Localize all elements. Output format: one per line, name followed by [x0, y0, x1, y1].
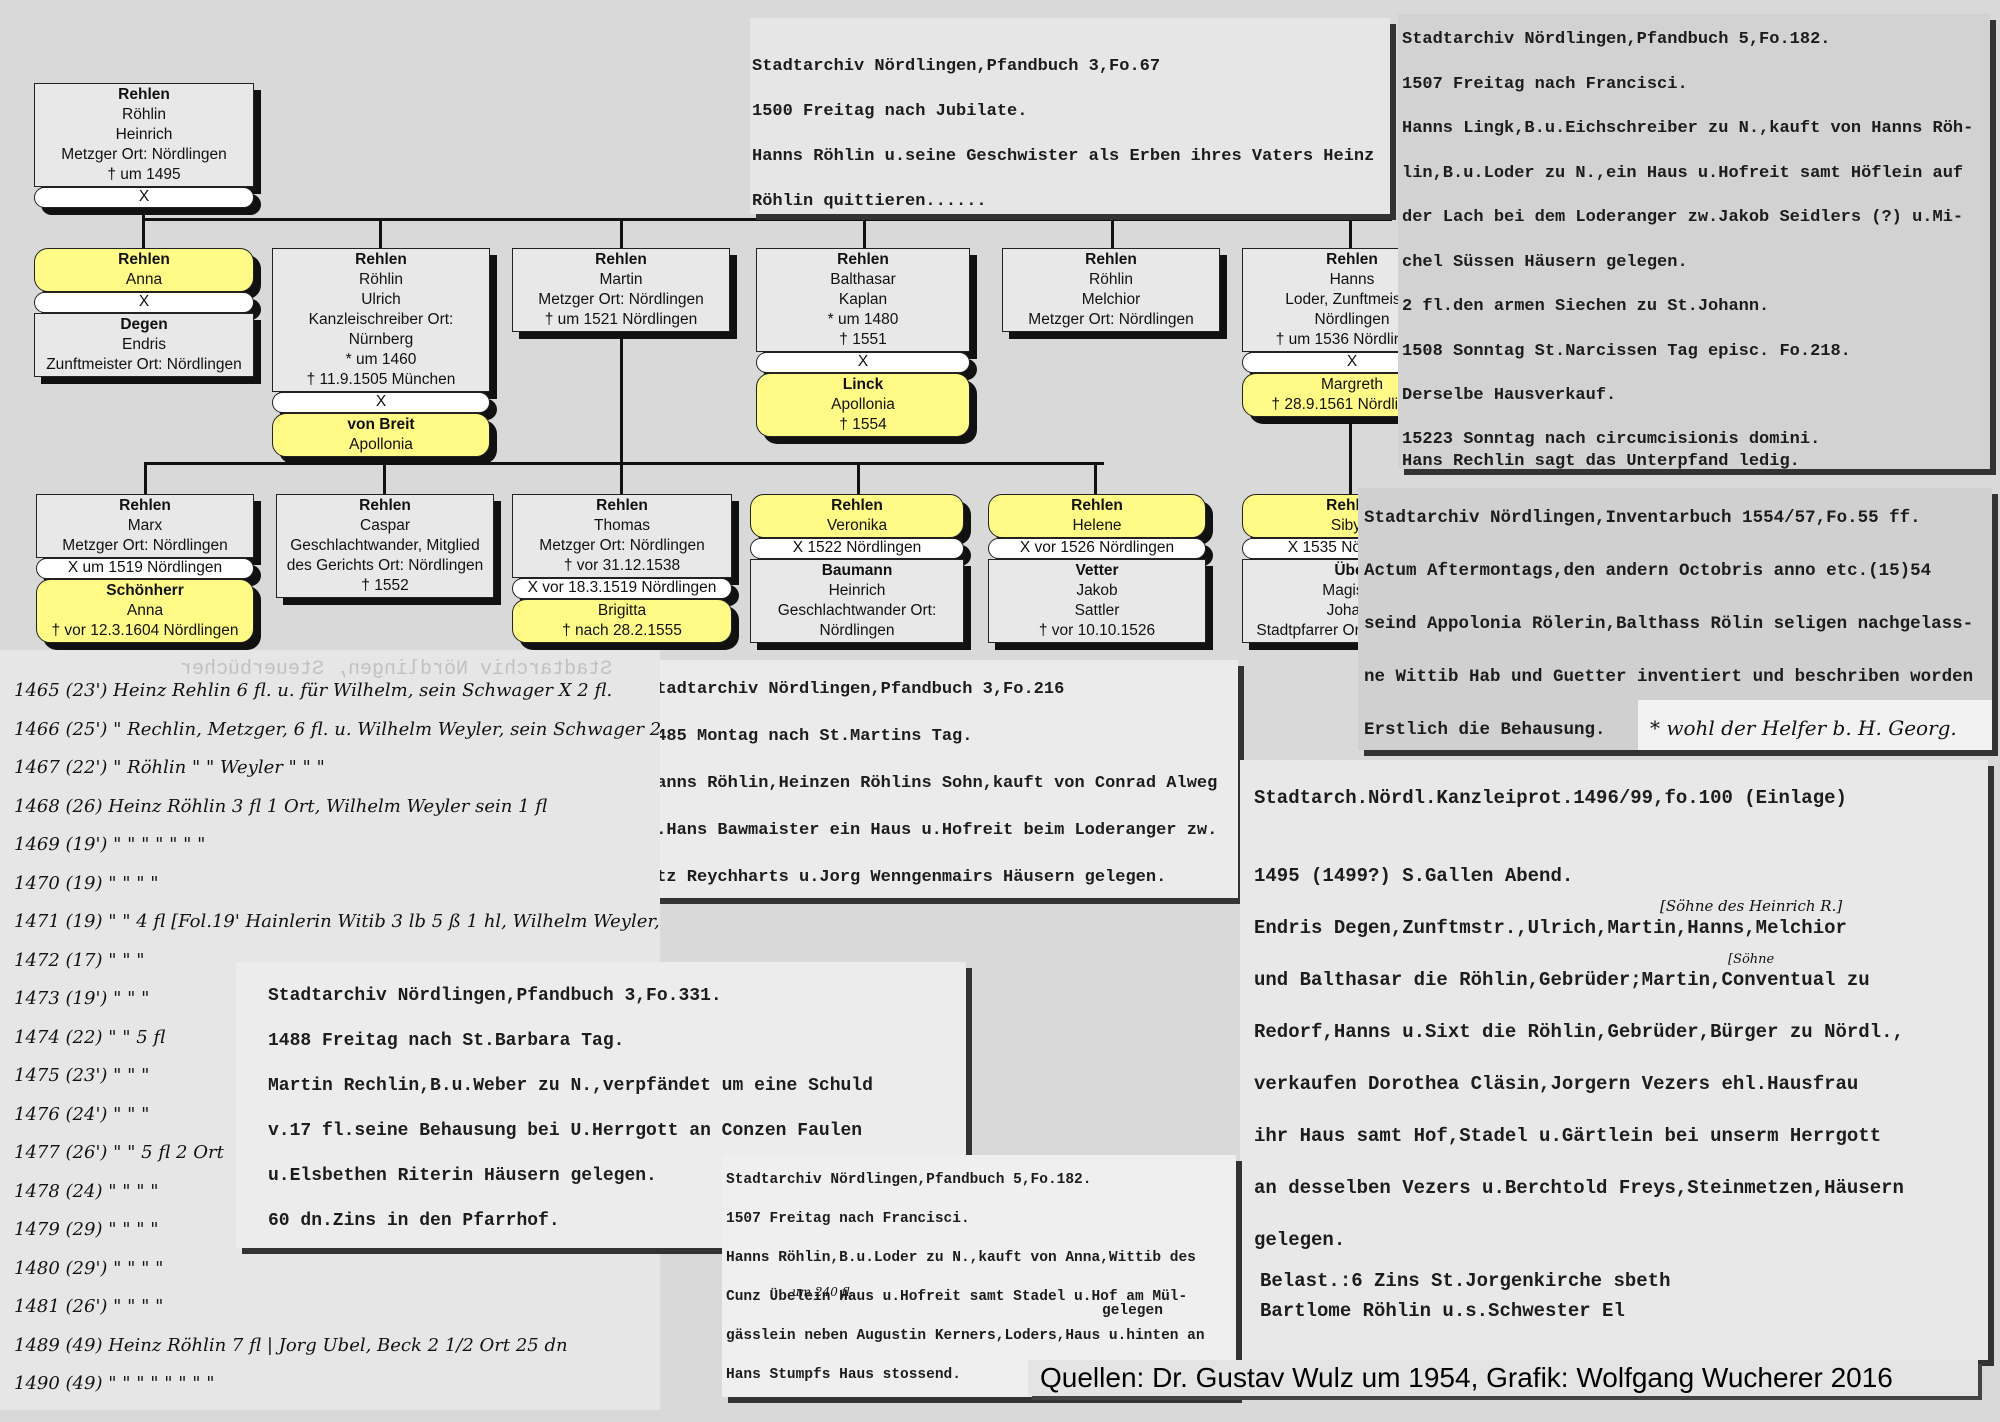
- tree-line-children-bar: [142, 218, 1392, 221]
- doc-line: u.Hans Bawmaister ein Haus u.Hofreit bei…: [646, 807, 1238, 854]
- doc-line: Redorf,Hanns u.Sixt die Röhlin,Gebrüder,…: [1254, 1006, 1988, 1058]
- tax-record-row: 1465 (23') Heinz Rehlin 6 fl. u. für Wil…: [14, 680, 612, 701]
- person-line: † 1551: [759, 330, 967, 350]
- person-line: Metzger Ort: Nördlingen: [39, 536, 251, 556]
- person-line: Anna: [39, 601, 251, 621]
- tax-record-row: 1479 (29) " " " ": [14, 1219, 158, 1240]
- person-card: BaumannHeinrichGeschlachtwander Ort:Nörd…: [750, 559, 964, 643]
- tree-line-hanns-down: [1349, 412, 1352, 494]
- doc-line: 1508 Sonntag St.Narcissen Tag episc. Fo.…: [1402, 330, 1990, 375]
- handwritten-annotation: [Söhne des Heinrich R.]: [1660, 880, 1842, 932]
- person-line: Thomas: [515, 516, 729, 536]
- doc-line: Hanns Röhlin,Heinzen Röhlins Sohn,kauft …: [646, 760, 1238, 807]
- tax-record-row: 1478 (24) " " " ": [14, 1181, 158, 1202]
- doc-line: Endris Degen,Zunftmstr.,Ulrich,Martin,Ha…: [1254, 902, 1988, 954]
- person-martin[interactable]: RehlenMartinMetzger Ort: Nördlingen† um …: [512, 248, 730, 332]
- surname: Rehlen: [275, 250, 487, 270]
- person-helene[interactable]: RehlenHeleneX vor 1526 NördlingenVetterJ…: [988, 494, 1206, 643]
- tax-record-row: 1489 (49) Heinz Röhlin 7 fl | Jorg Ubel,…: [14, 1335, 568, 1356]
- person-line: † vor 31.12.1538: [515, 556, 729, 576]
- doc-kanzleiprot: Stadtarch.Nördl.Kanzleiprot.1496/99,fo.1…: [1240, 760, 1988, 1360]
- person-balthasar[interactable]: RehlenBalthasarKaplan* um 1480† 1551XLin…: [756, 248, 970, 437]
- surname: Rehlen: [1005, 250, 1217, 270]
- doc-line: Stadtarchiv Nördlingen,Pfandbuch 5,Fo.18…: [726, 1161, 1236, 1200]
- person-line: Nürnberg: [275, 330, 487, 350]
- person-card: RehlenMarxMetzger Ort: Nördlingen: [36, 494, 254, 558]
- tree-line-to-marx: [144, 462, 147, 494]
- person-line: † 11.9.1505 München: [275, 370, 487, 390]
- person-marx[interactable]: RehlenMarxMetzger Ort: NördlingenX um 15…: [36, 494, 254, 643]
- doc-pfandbuch3-fo216: Stadtarchiv Nördlingen,Pfandbuch 3,Fo.21…: [642, 660, 1238, 898]
- doc-pfandbuch3-fo67: Stadtarchiv Nördlingen,Pfandbuch 3,Fo.67…: [750, 18, 1390, 214]
- marriage-badge: X um 1519 Nördlingen: [36, 558, 254, 579]
- doc-line: Stadtarch.Nördl.Kanzleiprot.1496/99,fo.1…: [1254, 772, 1988, 824]
- marriage-label: X: [759, 353, 967, 371]
- doc-line: Hanns Lingk,B.u.Eichschreiber zu N.,kauf…: [1402, 107, 1990, 152]
- person-line: Anna: [37, 270, 251, 290]
- person-line: † 1552: [279, 576, 491, 596]
- person-line: Nördlingen: [753, 621, 961, 641]
- marriage-badge: X vor 18.3.1519 Nördlingen: [512, 578, 732, 599]
- person-line: Brigitta: [515, 601, 729, 621]
- doc-line: verkaufen Dorothea Cläsin,Jorgern Vezers…: [1254, 1058, 1988, 1110]
- surname: Degen: [37, 315, 251, 335]
- person-line: Jakob: [991, 581, 1203, 601]
- person-card: RehlenMartinMetzger Ort: Nördlingen† um …: [512, 248, 730, 332]
- doc-line: lin,B.u.Loder zu N.,ein Haus u.Hofreit s…: [1402, 152, 1990, 197]
- surname: Schönherr: [39, 581, 251, 601]
- tax-record-row: 1475 (23') " " ": [14, 1065, 149, 1086]
- person-line: Marx: [39, 516, 251, 536]
- doc-line: gelegen.: [1254, 1214, 1988, 1266]
- person-card: RehlenRöhlinUlrichKanzleischreiber Ort:N…: [272, 248, 490, 392]
- person-ulrich[interactable]: RehlenRöhlinUlrichKanzleischreiber Ort:N…: [272, 248, 490, 457]
- tree-line-to-martin: [620, 218, 623, 248]
- doc-line: 1488 Freitag nach St.Barbara Tag.: [268, 1019, 966, 1064]
- person-line: Heinrich: [753, 581, 961, 601]
- person-card: SchönherrAnna† vor 12.3.1604 Nördlingen: [36, 579, 254, 643]
- surname: Rehlen: [515, 250, 727, 270]
- person-line: Ulrich: [275, 290, 487, 310]
- person-line: † nach 28.2.1555: [515, 621, 729, 641]
- credits-caption: Quellen: Dr. Gustav Wulz um 1954, Grafik…: [1028, 1360, 1978, 1396]
- tree-line-to-ulrich: [379, 218, 382, 248]
- doc-line: Stadtarchiv Nördlingen,Pfandbuch 3,Fo.33…: [268, 974, 966, 1019]
- doc-line: an desselben Vezers u.Berchtold Freys,St…: [1254, 1162, 1988, 1214]
- tax-record-row: 1472 (17) " " ": [14, 950, 144, 971]
- person-line: Martin: [515, 270, 727, 290]
- marriage-label: X vor 18.3.1519 Nördlingen: [515, 579, 729, 597]
- doc-line: Hans Rechlin sagt das Unterpfand ledig.: [1402, 451, 1990, 470]
- doc-line: seind Appolonia Rölerin,Balthass Rölin s…: [1364, 598, 1992, 651]
- surname: Baumann: [753, 561, 961, 581]
- person-caspar[interactable]: RehlenCasparGeschlachtwander, Mitgliedde…: [276, 494, 494, 598]
- person-card: Rehlen Röhlin Heinrich Metzger Ort: Nörd…: [34, 83, 254, 187]
- person-thomas[interactable]: RehlenThomasMetzger Ort: Nördlingen† vor…: [512, 494, 732, 643]
- person-line: Geschlachtwander Ort:: [753, 601, 961, 621]
- surname: Rehlen: [279, 496, 491, 516]
- doc-line: ne Wittib Hab und Guetter inventiert und…: [1364, 651, 1992, 704]
- tax-record-row: 1480 (29') " " " ": [14, 1258, 163, 1279]
- tree-line-to-caspar: [383, 462, 386, 494]
- doc-line: Martin Rechlin,B.u.Weber zu N.,verpfände…: [268, 1064, 966, 1109]
- person-line: Sattler: [991, 601, 1203, 621]
- surname: Rehlen: [991, 496, 1203, 516]
- tree-line-to-melchior: [1111, 218, 1114, 248]
- tree-line-to-anna: [142, 218, 145, 248]
- person-line: † vor 12.3.1604 Nördlingen: [39, 621, 251, 641]
- doc-line: Stadtarchiv Nördlingen,Pfandbuch 3,Fo.21…: [646, 666, 1238, 713]
- person-line: † um 1495: [37, 165, 251, 185]
- tax-record-row: 1467 (22') " Röhlin " " Weyler " " ": [14, 757, 325, 778]
- person-line: Caspar: [279, 516, 491, 536]
- doc-line: Stadtarchiv Nördlingen,Pfandbuch 3,Fo.67: [752, 44, 1390, 89]
- doc-line: und Balthasar die Röhlin,Gebrüder;Martin…: [1254, 954, 1988, 1006]
- doc-line: Belast.:6 Zins St.Jorgenkirche sbeth: [1254, 1266, 1988, 1296]
- person-line: Kaplan: [759, 290, 967, 310]
- doc-inventarbuch: Stadtarchiv Nördlingen,Inventarbuch 1554…: [1358, 488, 1992, 750]
- doc-line: Hanns Röhlin u.seine Geschwister als Erb…: [752, 134, 1390, 179]
- person-heinrich-rohlin[interactable]: Rehlen Röhlin Heinrich Metzger Ort: Nörd…: [34, 83, 254, 208]
- person-veronika[interactable]: RehlenVeronikaX 1522 NördlingenBaumannHe…: [750, 494, 964, 643]
- person-line: † um 1521 Nördlingen: [515, 310, 727, 330]
- doc-line: gässlein neben Augustin Kerners,Loders,H…: [726, 1317, 1236, 1356]
- marriage-label: X vor 1526 Nördlingen: [991, 539, 1203, 557]
- person-line: † vor 10.10.1526: [991, 621, 1203, 641]
- doc-line: 15223 Sonntag nach circumcisionis domini…: [1402, 429, 1990, 451]
- doc-line: [1254, 824, 1988, 850]
- marriage-badge: X: [34, 292, 254, 313]
- tree-line-to-helene: [1094, 462, 1097, 494]
- marriage-label: X um 1519 Nördlingen: [39, 559, 251, 577]
- person-line: Röhlin: [1005, 270, 1217, 290]
- tree-line-to-veronika: [857, 462, 860, 494]
- doc-interline: gelegen: [1102, 1303, 1163, 1319]
- doc-line: Bartlome Röhlin u.s.Schwester El: [1254, 1296, 1988, 1326]
- doc-line: 1500 Freitag nach Jubilate.: [752, 89, 1390, 134]
- surname: Rehlen: [759, 250, 967, 270]
- doc-line: Derselbe Hausverkauf.: [1402, 374, 1990, 419]
- person-line: des Gerichts Ort: Nördlingen: [279, 556, 491, 576]
- doc-line: Stadtarchiv Nördlingen,Inventarbuch 1554…: [1364, 492, 1992, 545]
- marriage-badge: X: [272, 392, 490, 413]
- doc-line: der Lach bei dem Loderanger zw.Jakob Sei…: [1402, 196, 1990, 241]
- doc-line: ihr Haus samt Hof,Stadel u.Gärtlein bei …: [1254, 1110, 1988, 1162]
- marriage-badge: X vor 1526 Nördlingen: [988, 538, 1206, 559]
- marriage-badge: X 1522 Nördlingen: [750, 538, 964, 559]
- surname: Rehlen: [39, 496, 251, 516]
- person-line: Kanzleischreiber Ort:: [275, 310, 487, 330]
- person-line: Metzger Ort: Nördlingen: [1005, 310, 1217, 330]
- person-line: Helene: [991, 516, 1203, 536]
- tree-line-grandchildren-bar: [144, 462, 1104, 465]
- person-line: Heinrich: [37, 125, 251, 145]
- doc-line: Actum Aftermontags,den andern Octobris a…: [1364, 545, 1992, 598]
- doc-line: Utz Reychharts u.Jorg Wenngenmairs Häuse…: [646, 854, 1238, 898]
- person-anna[interactable]: RehlenAnnaXDegenEndrisZunftmeister Ort: …: [34, 248, 254, 377]
- tax-record-row: 1477 (26') " " 5 fl 2 Ort: [14, 1142, 224, 1163]
- person-line: Apollonia: [275, 435, 487, 455]
- person-card: RehlenAnna: [34, 248, 254, 292]
- handwritten-annotation: [Söhne: [1728, 934, 1774, 986]
- surname: Rehlen: [753, 496, 961, 516]
- person-line: Röhlin: [37, 105, 251, 125]
- person-card: von BreitApollonia: [272, 413, 490, 457]
- tree-line-martin-down: [620, 330, 623, 465]
- person-line: Metzger Ort: Nördlingen: [37, 145, 251, 165]
- person-line: Melchior: [1005, 290, 1217, 310]
- surname: Rehlen: [515, 496, 729, 516]
- surname: Rehlen: [37, 85, 251, 105]
- person-line: Veronika: [753, 516, 961, 536]
- doc-line: 1507 Freitag nach Francisci.: [726, 1200, 1236, 1239]
- tax-record-row: 1473 (19') " " ": [14, 988, 149, 1009]
- handwritten-annotation: um 240 fl.: [792, 1273, 853, 1312]
- doc-line: v.17 fl.seine Behausung bei U.Herrgott a…: [268, 1109, 966, 1154]
- marriage-badge: X: [34, 187, 254, 208]
- person-card: RehlenThomasMetzger Ort: Nördlingen† vor…: [512, 494, 732, 578]
- marriage-label: X 1522 Nördlingen: [753, 539, 961, 557]
- person-line: Balthasar: [759, 270, 967, 290]
- tax-record-row: 1474 (22) " " 5 fl: [14, 1027, 165, 1048]
- person-card: RehlenBalthasarKaplan* um 1480† 1551: [756, 248, 970, 352]
- tree-line-to-thomas: [620, 462, 623, 494]
- tax-record-row: 1468 (26) Heinz Röhlin 3 fl 1 Ort, Wilhe…: [14, 796, 547, 817]
- tax-record-row: 1471 (19) " " 4 fl [Fol.19' Hainlerin Wi…: [14, 911, 660, 932]
- person-card: VetterJakobSattler† vor 10.10.1526: [988, 559, 1206, 643]
- marriage-label: X: [37, 188, 251, 206]
- doc-line: Röhlin quittieren......: [752, 179, 1390, 214]
- tree-line-to-balthasar: [863, 218, 866, 248]
- doc-line: 1485 Montag nach St.Martins Tag.: [646, 713, 1238, 760]
- person-line: † 1554: [759, 415, 967, 435]
- doc-line: chel Süssen Häusern gelegen.: [1402, 241, 1990, 286]
- marriage-badge: X: [756, 352, 970, 373]
- marriage-label: X: [275, 393, 487, 411]
- person-card: RehlenCasparGeschlachtwander, Mitgliedde…: [276, 494, 494, 598]
- person-line: Geschlachtwander, Mitglied: [279, 536, 491, 556]
- tax-record-row: 1481 (26') " " " ": [14, 1296, 163, 1317]
- marriage-label: X: [37, 293, 251, 311]
- doc-line: Stadtarchiv Nördlingen,Pfandbuch 5,Fo.18…: [1402, 18, 1990, 63]
- person-card: RehlenHelene: [988, 494, 1206, 538]
- person-line: Zunftmeister Ort: Nördlingen: [37, 355, 251, 375]
- person-card: DegenEndrisZunftmeister Ort: Nördlingen: [34, 313, 254, 377]
- person-card: RehlenRöhlinMelchiorMetzger Ort: Nördlin…: [1002, 248, 1220, 332]
- person-line: Apollonia: [759, 395, 967, 415]
- tax-record-row: 1469 (19') " " " " " " ": [14, 834, 205, 855]
- doc-line: 1507 Freitag nach Francisci.: [1402, 63, 1990, 108]
- tree-line-to-hanns: [1349, 218, 1352, 248]
- surname: Vetter: [991, 561, 1203, 581]
- doc-header-faded: Stadtarchiv Nördlingen, Steuerbücher: [180, 658, 612, 681]
- person-card: Brigitta† nach 28.2.1555: [512, 599, 732, 643]
- surname: Rehlen: [37, 250, 251, 270]
- surname: von Breit: [275, 415, 487, 435]
- tax-record-row: 1476 (24') " " ": [14, 1104, 149, 1125]
- surname: Linck: [759, 375, 967, 395]
- person-melchior[interactable]: RehlenRöhlinMelchiorMetzger Ort: Nördlin…: [1002, 248, 1220, 332]
- doc-line: 2 fl.den armen Siechen zu St.Johann.: [1402, 285, 1990, 330]
- person-card: RehlenVeronika: [750, 494, 964, 538]
- person-line: * um 1480: [759, 310, 967, 330]
- tax-record-row: 1466 (25') " Rechlin, Metzger, 6 fl. u. …: [14, 719, 660, 740]
- doc-line: 1495 (1499?) S.Gallen Abend.: [1254, 850, 1988, 902]
- doc-pfandbuch5-fo182-a: Stadtarchiv Nördlingen,Pfandbuch 5,Fo.18…: [1398, 14, 1990, 469]
- person-line: Röhlin: [275, 270, 487, 290]
- person-line: Metzger Ort: Nördlingen: [515, 290, 727, 310]
- tax-record-row: 1490 (49) " " " " " " " ": [14, 1373, 215, 1394]
- handwritten-note: * wohl der Helfer b. H. Georg.: [1638, 700, 1992, 750]
- person-card: LinckApollonia† 1554: [756, 373, 970, 437]
- person-line: Endris: [37, 335, 251, 355]
- person-line: Metzger Ort: Nördlingen: [515, 536, 729, 556]
- tax-record-row: 1470 (19) " " " ": [14, 873, 158, 894]
- person-line: * um 1460: [275, 350, 487, 370]
